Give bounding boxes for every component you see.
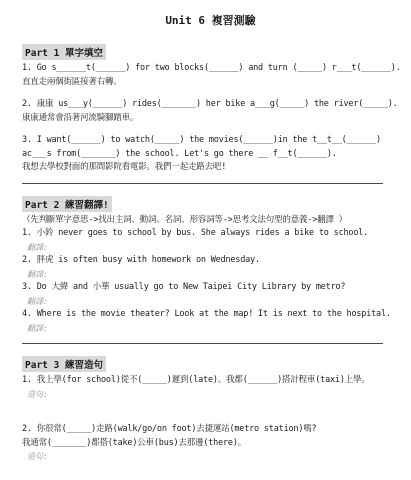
spacer (22, 89, 399, 98)
part1-section: Part 1 單字填空 1. Go s______t(______) for t… (22, 41, 399, 175)
part1-q1-chinese: 直直走兩個街區接著右轉。 (22, 76, 399, 90)
part2-q3: 3. Do 大緯 and 小華 usually go to New Taipei… (22, 281, 399, 295)
part1-q3-english-line1: 3. I want(______) to watch(_____) the mo… (22, 134, 399, 148)
part2-q4: 4. Where is the movie theater? Look at t… (22, 308, 399, 322)
part3-heading: Part 3 練習造句 (22, 356, 106, 372)
part2-section: Part 2 練習翻譯! （先判斷單字意思->找出主詞、動詞、名詞、形容詞等->… (22, 193, 399, 336)
section-divider (22, 343, 383, 344)
part1-q3-english-line2: ac___s from(_______) the school. Let's g… (22, 148, 399, 162)
translation-label: 翻譯: (22, 241, 399, 255)
sentence-label: 造句: (22, 388, 399, 402)
worksheet-page: Unit 6 複習測驗 Part 1 單字填空 1. Go s______t(_… (0, 0, 411, 464)
part1-q1-english: 1. Go s______t(______) for two blocks(__… (22, 62, 399, 76)
section-divider (22, 183, 383, 184)
translation-label: 翻譯: (22, 268, 399, 282)
part3-q2-line2: 我通常(_______)都搭(take)公車(bus)去那邊(there)。 (22, 437, 399, 451)
part2-guideline: （先判斷單字意思->找出主詞、動詞、名詞、形容詞等->思考文法句型的意義->翻譯… (22, 214, 399, 228)
part3-section: Part 3 練習造句 1. 我上學(for school)從不(_____)遲… (22, 353, 399, 464)
part2-q1: 1. 小鈴 never goes to school by bus. She a… (22, 227, 399, 241)
part3-q2-line1: 2. 你很常(_____)走路(walk/go/on foot)去捷運站(met… (22, 423, 399, 437)
spacer (22, 125, 399, 134)
part1-q3-chinese: 我想去學校對面的那間影院看電影。我們一起走路去吧! (22, 161, 399, 175)
part2-q2: 2. 胖虎 is often busy with homework on Wed… (22, 254, 399, 268)
translation-label: 翻譯: (22, 322, 399, 336)
part1-q2-english: 2. 康康 us___y(______) rides(_______) her … (22, 98, 399, 112)
part2-heading: Part 2 練習翻譯! (22, 196, 112, 212)
spacer (22, 401, 399, 423)
translation-label: 翻譯: (22, 295, 399, 309)
part1-heading: Part 1 單字填空 (22, 44, 106, 60)
part1-q2-chinese: 康康通常會沿著河流騎腳踏車。 (22, 112, 399, 126)
sentence-label: 造句: (22, 450, 399, 464)
part3-q1: 1. 我上學(for school)從不(_____)遲到(late)。我都(_… (22, 374, 399, 388)
document-title: Unit 6 複習測驗 (22, 12, 399, 28)
